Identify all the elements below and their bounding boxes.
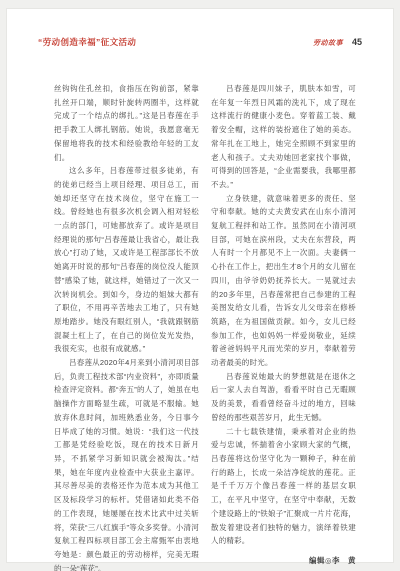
article-column-right: 吕春莲是四川妹子，肌肤本如雪，可在年复一年烈日风霜的洗礼下，成了现在这样流行的健… bbox=[211, 82, 356, 512]
paragraph: 这么多年，吕春莲带过很多徒弟，有的徒弟已经当上项目经理、项目总工，而她却还坚守在… bbox=[54, 164, 199, 356]
page-number: 45 bbox=[352, 37, 362, 47]
section-label: 劳动故事 bbox=[313, 38, 343, 48]
activity-title: “劳动创造幸福”征文活动 bbox=[38, 36, 136, 48]
paragraph: 吕春莲说她最大的梦想就是在退休之后一家人去自驾游，看看平时自己无暇顾及的美景，看… bbox=[211, 370, 356, 425]
editor-credit: 编辑◎李 黄 bbox=[211, 555, 356, 566]
paragraph-continuation: 丝钩钩住孔丝扣，食指压在钩前部，紧靠扎丝开口端，顺时针旋转两圈半，这样就完成了一… bbox=[54, 82, 199, 164]
page-header: “劳动创造幸福”征文活动 劳动故事 45 bbox=[38, 36, 362, 50]
paragraph: 吕春莲从2020年4月来到小清河项目部后，负责工程技术部“内业资料”，亦即质量检… bbox=[54, 356, 199, 571]
article-column-left: 丝钩钩住孔丝扣，食指压在钩前部，紧靠扎丝开口端，顺时针旋转两圈半，这样就完成了一… bbox=[54, 82, 199, 512]
paragraph: 立身铁建，就意味着更多的责任、坚守和奉献。她的丈夫黄安武在山东小清河复航工程拌和… bbox=[211, 192, 356, 370]
magazine-page-scan: “劳动创造幸福”征文活动 劳动故事 45 丝钩钩住孔丝扣，食指压在钩前部，紧靠扎… bbox=[0, 0, 400, 571]
header-right-group: 劳动故事 45 bbox=[313, 37, 362, 48]
paragraph: 二十七载铁建情，秉承着对企业的热爱与忠诚，怀揣着舍小家顾大家的气概，吕春莲将这份… bbox=[211, 425, 356, 548]
article-body: 丝钩钩住孔丝扣，食指压在钩前部，紧靠扎丝开口端，顺时针旋转两圈半，这样就完成了一… bbox=[54, 82, 356, 512]
paragraph: 吕春莲是四川妹子，肌肤本如雪，可在年复一年烈日风霜的洗礼下，成了现在这样流行的健… bbox=[211, 82, 356, 192]
